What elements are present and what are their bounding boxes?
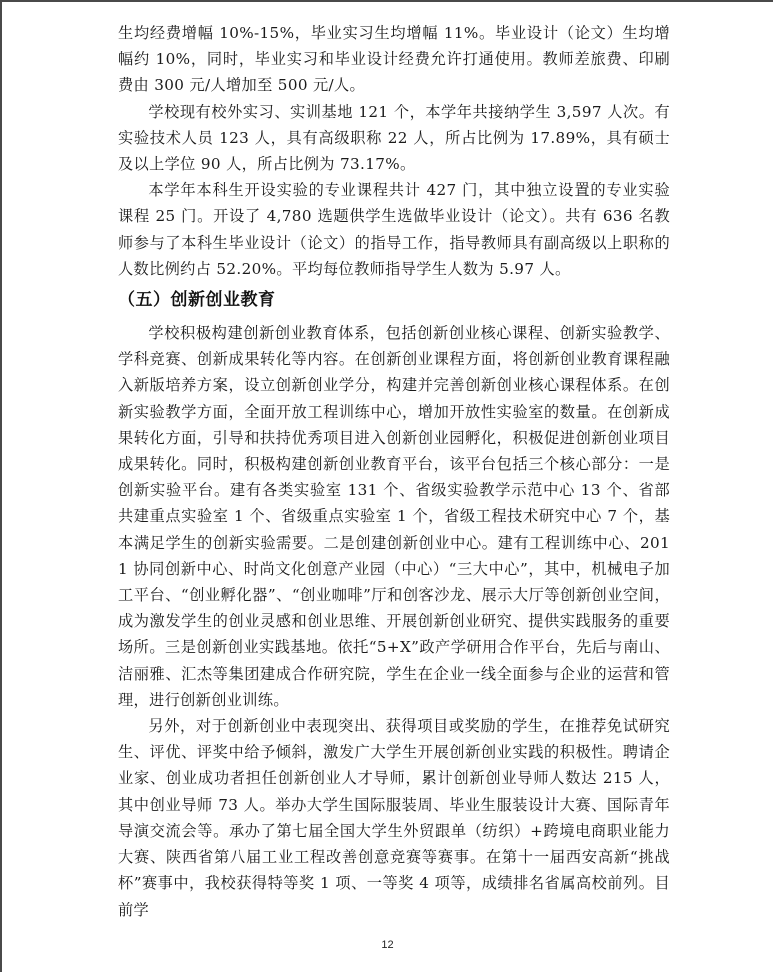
paragraph-practice-bases: 学校现有校外实习、实训基地 121 个，本学年共接纳学生 3,597 人次。有实… xyxy=(118,99,670,178)
document-page: 生均经费增幅 10%-15%，毕业实习生均增幅 11%。毕业设计（论文）生均增幅… xyxy=(2,2,773,972)
paragraph-innovation-system: 学校积极构建创新创业教育体系，包括创新创业核心课程、创新实验教学、学科竞赛、创新… xyxy=(118,320,670,713)
paragraph-innovation-incentives: 另外，对于创新创业中表现突出、获得项目或奖励的学生，在推荐免试研究生、评优、评奖… xyxy=(118,713,670,923)
paragraph-experiment-courses: 本学年本科生开设实验的专业课程共计 427 门，其中独立设置的专业实验课程 25… xyxy=(118,177,670,282)
page-number: 12 xyxy=(2,939,773,951)
section-heading: （五）创新创业教育 xyxy=(118,286,670,314)
page-content: 生均经费增幅 10%-15%，毕业实习生均增幅 11%。毕业设计（论文）生均增幅… xyxy=(118,20,670,923)
paragraph-funding: 生均经费增幅 10%-15%，毕业实习生均增幅 11%。毕业设计（论文）生均增幅… xyxy=(118,20,670,99)
